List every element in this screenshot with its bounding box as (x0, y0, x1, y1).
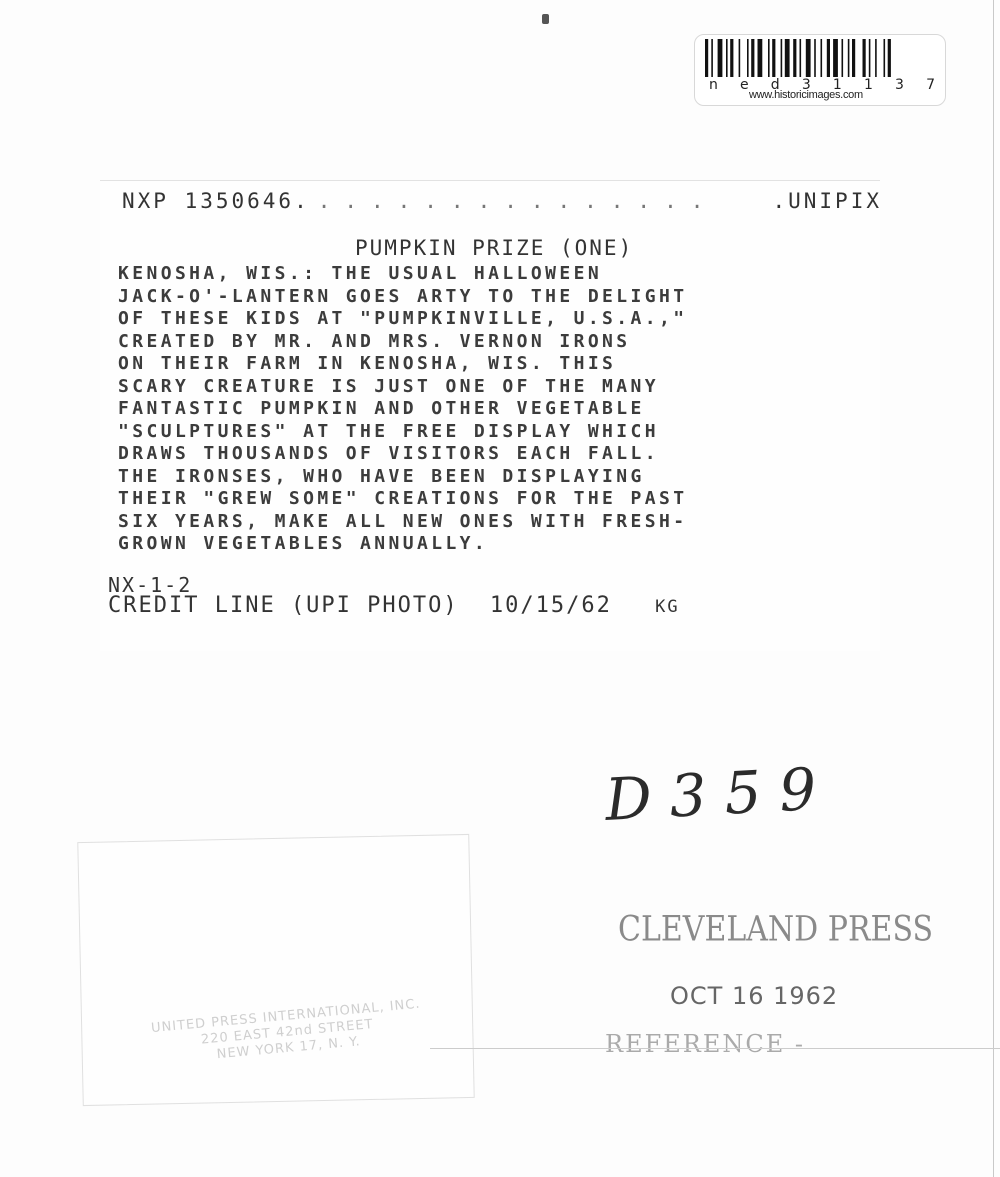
barcode-digit: e (740, 77, 749, 93)
page-edge (993, 0, 994, 1177)
caption-body: KENOSHA, WIS.: THE USUAL HALLOWEENJACK-O… (118, 263, 878, 556)
caption-line: GROWN VEGETABLES ANNUALLY. (118, 533, 878, 556)
caption-line: SCARY CREATURE IS JUST ONE OF THE MANY (118, 376, 878, 399)
staple-mark (542, 14, 549, 24)
caption-agency: .UNIPIX (772, 189, 882, 213)
credit-initials: KG (655, 597, 679, 617)
credit-line: CREDIT LINE (UPI PHOTO) (108, 593, 459, 618)
reference-stamp: REFERENCE - (605, 1030, 805, 1054)
caption-line: DRAWS THOUSANDS OF VISITORS EACH FALL. (118, 443, 878, 466)
caption-credit: CREDIT LINE (UPI PHOTO) 10/15/62 KG (108, 593, 680, 618)
caption-line: "SCULPTURES" AT THE FREE DISPLAY WHICH (118, 421, 878, 444)
caption-line: THE IRONSES, WHO HAVE BEEN DISPLAYING (118, 466, 878, 489)
caption-line: ON THEIR FARM IN KENOSHA, WIS. THIS (118, 353, 878, 376)
caption-line: THEIR "GREW SOME" CREATIONS FOR THE PAST (118, 488, 878, 511)
caption-slip: NXP 1350646. ............... .UNIPIX PUM… (100, 180, 880, 651)
caption-line: SIX YEARS, MAKE ALL NEW ONES WITH FRESH- (118, 511, 878, 534)
cleveland-press-stamp: CLEVELAND PRESS (618, 909, 933, 949)
barcode-digit: n (709, 77, 718, 93)
caption-line: JACK-O'-LANTERN GOES ARTY TO THE DELIGHT (118, 286, 878, 309)
stamp-date: OCT 16 1962 (670, 982, 838, 1010)
faded-stamp-card: UNITED PRESS INTERNATIONAL, INC. 220 EAS… (77, 834, 474, 1106)
barcode-url: www.historicimages.com (749, 89, 863, 101)
caption-line: OF THESE KIDS AT "PUMPKINVILLE, U.S.A.," (118, 308, 878, 331)
barcode-sticker: ned31137 www.historicimages.com (694, 34, 946, 106)
credit-date: 10/15/62 (490, 593, 612, 618)
barcode-digit: 7 (926, 77, 935, 93)
caption-title: PUMPKIN PRIZE (ONE) (355, 236, 633, 260)
barcode-digit: 3 (895, 77, 904, 93)
handwritten-number: D359 (603, 754, 835, 834)
caption-line: KENOSHA, WIS.: THE USUAL HALLOWEEN (118, 263, 878, 286)
caption-dots: ............... (318, 189, 765, 213)
faded-stamp: UNITED PRESS INTERNATIONAL, INC. 220 EAS… (101, 992, 474, 1073)
barcode-digit: 1 (864, 77, 873, 93)
caption-line: CREATED BY MR. AND MRS. VERNON IRONS (118, 331, 878, 354)
slip-edge (430, 1048, 1000, 1049)
caption-id: NXP 1350646. (122, 189, 310, 213)
caption-header: NXP 1350646. ............... .UNIPIX (122, 189, 882, 213)
caption-line: FANTASTIC PUMPKIN AND OTHER VEGETABLE (118, 398, 878, 421)
